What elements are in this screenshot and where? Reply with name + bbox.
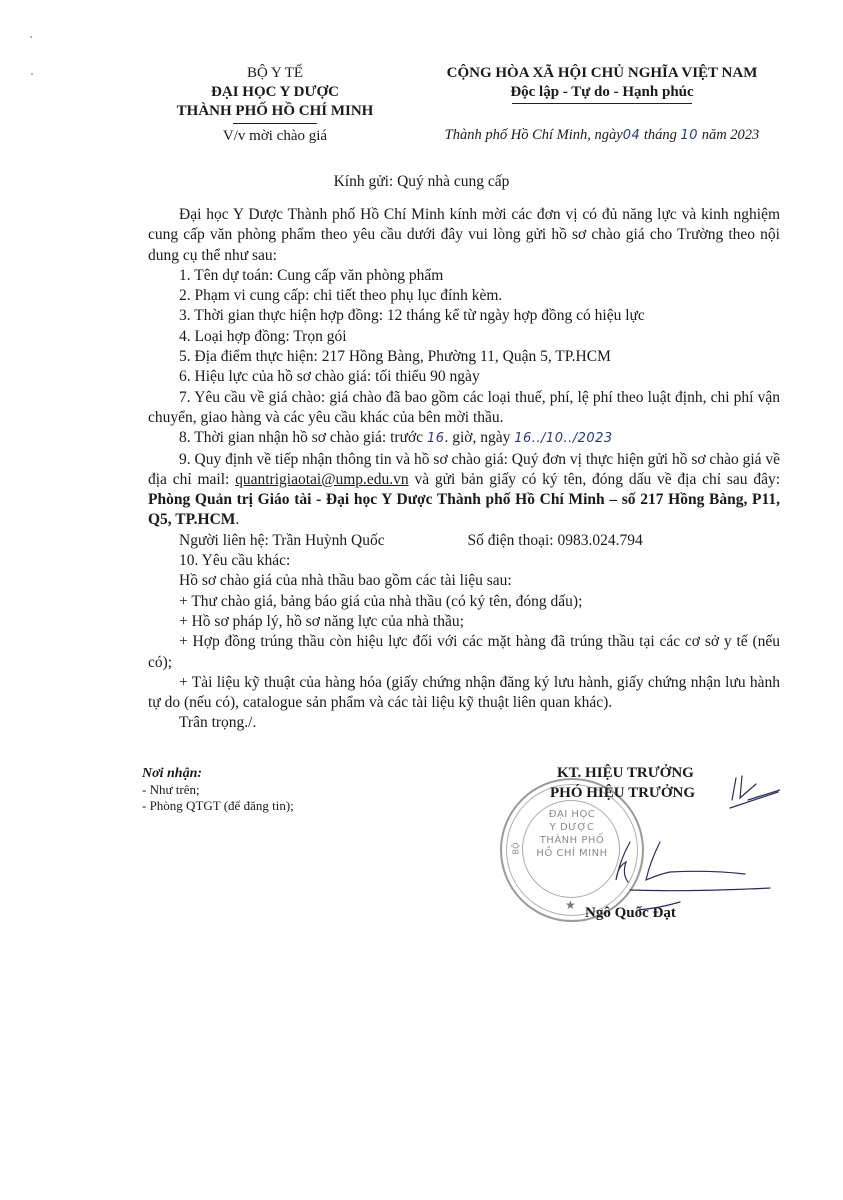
date-prefix: Thành phố Hồ Chí Minh, ngày xyxy=(445,127,623,143)
email-link[interactable]: quantrigiaotai@ump.edu.vn xyxy=(235,471,409,488)
national-header: CỘNG HÒA XÃ HỘI CHỦ NGHĨA VIỆT NAM Độc l… xyxy=(412,64,792,104)
nation-title: CỘNG HÒA XÃ HỘI CHỦ NGHĨA VIỆT NAM xyxy=(412,64,792,83)
item-8-label: 8. Thời gian nhận hồ sơ chào giá: trước xyxy=(179,429,423,446)
salutation: Kính gửi: Quý nhà cung cấp xyxy=(0,173,843,191)
recipients-block: Nơi nhận: - Như trên; - Phòng QTGT (để đ… xyxy=(142,766,294,814)
item-5: 5. Địa điểm thực hiện: 217 Hồng Bàng, Ph… xyxy=(148,347,780,367)
national-motto: Độc lập - Tự do - Hạnh phúc xyxy=(510,83,693,102)
deadline-date-handwritten: 16../10../2023 xyxy=(514,431,612,446)
document-date: Thành phố Hồ Chí Minh, ngày04 tháng 10 n… xyxy=(412,127,792,144)
ministry-name: BỘ Y TẾ xyxy=(150,64,400,83)
subject-line: V/v mời chào giá xyxy=(150,127,400,146)
item-2: 2. Phạm vi cung cấp: chi tiết theo phụ l… xyxy=(148,286,780,306)
contact-person: Người liên hệ: Trần Huỳnh Quốc xyxy=(179,532,385,549)
item-1: 1. Tên dự toán: Cung cấp văn phòng phẩm xyxy=(148,266,780,286)
scan-speck xyxy=(30,36,32,38)
item-10-title: 10. Yêu cầu khác: xyxy=(148,551,780,571)
motto-divider xyxy=(512,103,692,104)
item-9-end: . xyxy=(235,511,239,528)
issuer-header: BỘ Y TẾ ĐẠI HỌC Y DƯỢC THÀNH PHỐ HỒ CHÍ … xyxy=(150,64,400,146)
doc-requirement-3: + Hợp đồng trúng thầu còn hiệu lực đối v… xyxy=(148,632,780,673)
item-3: 3. Thời gian thực hiện hợp đồng: 12 thán… xyxy=(148,306,780,326)
doc-requirement-1: + Thư chào giá, bảng báo giá của nhà thầ… xyxy=(148,592,780,612)
doc-requirement-2: + Hồ sơ pháp lý, hồ sơ năng lực của nhà … xyxy=(148,612,780,632)
date-day-handwritten: 04 xyxy=(623,128,641,143)
header-divider xyxy=(233,123,317,124)
contact-line: Người liên hệ: Trần Huỳnh Quốc Số điện t… xyxy=(148,531,780,551)
recipient-2: - Phòng QTGT (để đăng tin); xyxy=(142,798,294,814)
item-6: 6. Hiệu lực của hồ sơ chào giá: tối thiể… xyxy=(148,367,780,387)
contact-phone: Số điện thoại: 0983.024.794 xyxy=(436,531,642,551)
item-8-hour-label: giờ, ngày xyxy=(452,429,510,446)
item-7: 7. Yêu cầu về giá chào: giá chào đã bao … xyxy=(148,388,780,429)
recipient-1: - Như trên; xyxy=(142,782,294,798)
doc-requirement-4: + Tài liệu kỹ thuật của hàng hóa (giấy c… xyxy=(148,673,780,714)
delivery-address: Phòng Quản trị Giáo tài - Đại học Y Dược… xyxy=(148,491,780,528)
deadline-hour-handwritten: 16 xyxy=(427,431,445,446)
letter-body: Đại học Y Dược Thành phố Hồ Chí Minh kín… xyxy=(148,205,780,734)
date-year: năm 2023 xyxy=(702,127,760,143)
item-8: 8. Thời gian nhận hồ sơ chào giá: trước … xyxy=(148,428,780,449)
closing: Trân trọng./. xyxy=(148,713,780,733)
scan-speck xyxy=(31,73,33,75)
intro-paragraph: Đại học Y Dược Thành phố Hồ Chí Minh kín… xyxy=(148,205,780,266)
item-10-lead: Hồ sơ chào giá của nhà thầu bao gồm các … xyxy=(148,571,780,591)
date-month-label: tháng xyxy=(644,127,677,143)
recipients-title: Nơi nhận: xyxy=(142,766,294,782)
date-month-handwritten: 10 xyxy=(681,128,699,143)
item-9-middle: và gửi bản giấy có ký tên, đóng dấu về đ… xyxy=(414,471,780,488)
handwritten-signature-icon xyxy=(520,770,780,930)
item-4: 4. Loại hợp đồng: Trọn gói xyxy=(148,327,780,347)
org-name-line1: ĐẠI HỌC Y DƯỢC xyxy=(150,83,400,102)
org-name-line2: THÀNH PHỐ HỒ CHÍ MINH xyxy=(150,102,400,121)
item-9: 9. Quy định về tiếp nhận thông tin và hồ… xyxy=(148,450,780,531)
